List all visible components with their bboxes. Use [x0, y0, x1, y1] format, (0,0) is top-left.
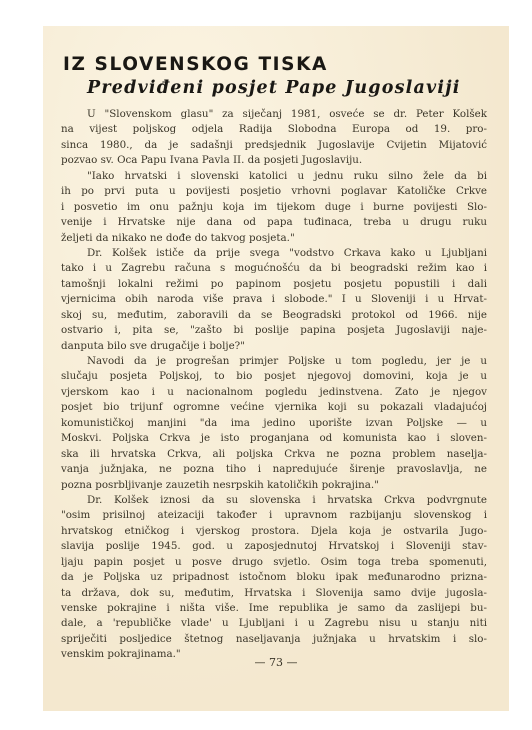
paragraph-5: Dr. Kolšek iznosi da su slovenska i hrva…: [61, 493, 487, 663]
text-line: Dr. Kolšek ističe da prije svega "vodstv…: [61, 246, 487, 261]
paragraph-4: Navodi da je progrešan primjer Poljske u…: [61, 354, 487, 493]
article-title: Predviđeni posjet Pape Jugoslaviji: [87, 78, 461, 98]
text-line: komunističkoj manjini "da ima jedino upo…: [61, 416, 487, 431]
text-line: željeti da nikako ne dođe do takvog posj…: [61, 231, 487, 246]
text-line: U "Slovenskom glasu" za siječanj 1981, o…: [61, 107, 487, 122]
text-line: na vijest poljskog odjela Radija Slobodn…: [61, 122, 487, 137]
section-title: IZ SLOVENSKOG TISKA: [63, 54, 328, 75]
text-line: posjet bio trijunf ogromne većine vjerni…: [61, 400, 487, 415]
text-line: ih po prvi puta u povijesti posjetio vrh…: [61, 184, 487, 199]
text-line: ostvario i, pita se, "zašto bi poslije p…: [61, 323, 487, 338]
text-line: Moskvi. Poljska Crkva je isto proganjana…: [61, 431, 487, 446]
article-body: U "Slovenskom glasu" za siječanj 1981, o…: [61, 107, 487, 663]
text-line: "osim prisilnoj ateizaciji također i upr…: [61, 508, 487, 523]
text-line: vjerskom kao i u nacionalnom pogledu jed…: [61, 385, 487, 400]
paragraph-1: U "Slovenskom glasu" za siječanj 1981, o…: [61, 107, 487, 169]
text-line: slavija poslije 1945. god. u zaposjednut…: [61, 539, 487, 554]
text-line: venije i Hrvatske nije dana od papa tuđi…: [61, 215, 487, 230]
text-line: tamošnji lokalni režimi po papinom posje…: [61, 277, 487, 292]
text-line: ljaju papin posjet u posve drugo svjetlo…: [61, 555, 487, 570]
text-line: danputa bilo sve drugačije i bolje?": [61, 339, 487, 354]
text-line: skoj su, međutim, zaboravili da se Beogr…: [61, 308, 487, 323]
text-line: Navodi da je progrešan primjer Poljske u…: [61, 354, 487, 369]
page-number: — 73 —: [43, 656, 509, 669]
paragraph-3: Dr. Kolšek ističe da prije svega "vodstv…: [61, 246, 487, 354]
text-line: spriječiti posljedice štetnog naseljavan…: [61, 632, 487, 647]
text-line: da je Poljska uz pripadnost istočnom blo…: [61, 570, 487, 585]
text-line: hrvatskog etničkog i vjerskog prostora. …: [61, 524, 487, 539]
text-line: ska ili hrvatska Crkva, ali poljska Crkv…: [61, 447, 487, 462]
text-line: dale, a 'republičke vlade' u Ljubljani i…: [61, 616, 487, 631]
text-line: venske pokrajine i ništa više. Ime repub…: [61, 601, 487, 616]
paragraph-2: "Iako hrvatski i slovenski katolici u je…: [61, 169, 487, 246]
text-line: sinca 1980., da je sadašnji predsjednik …: [61, 138, 487, 153]
text-line: tako i u Zagrebu računa s mogućnošću da …: [61, 261, 487, 276]
text-line: pozna posrbljivanje zauzetih nesrpskih k…: [61, 478, 487, 493]
text-line: slučaju posjeta Poljskoj, to bio posjet …: [61, 369, 487, 384]
text-line: "Iako hrvatski i slovenski katolici u je…: [61, 169, 487, 184]
text-line: Dr. Kolšek iznosi da su slovenska i hrva…: [61, 493, 487, 508]
text-line: vanja južnjaka, ne pozna tiho i napreduj…: [61, 462, 487, 477]
text-line: pozvao sv. Oca Papu Ivana Pavla II. da p…: [61, 153, 487, 168]
text-line: ta država, dok su, međutim, Hrvatska i S…: [61, 586, 487, 601]
text-line: i posvetio im onu pažnju koja im tijekom…: [61, 200, 487, 215]
scanned-page: IZ SLOVENSKOG TISKA Predviđeni posjet Pa…: [43, 26, 509, 711]
text-line: vjernicima obih naroda više prava i slob…: [61, 292, 487, 307]
